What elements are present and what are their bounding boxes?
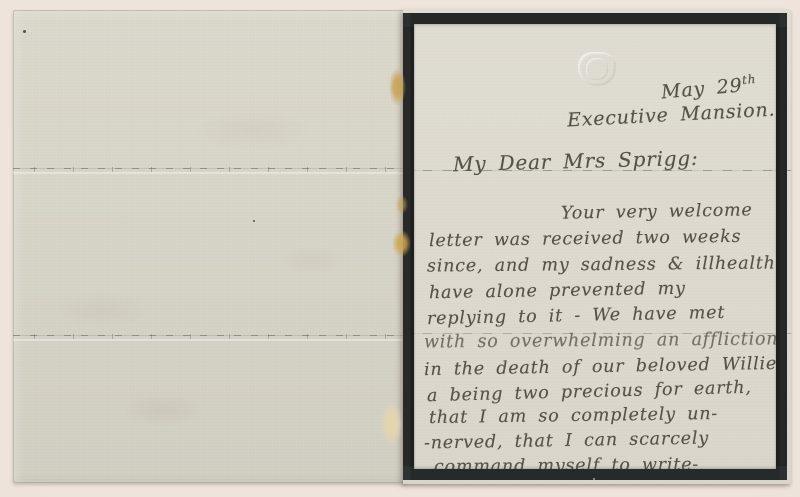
fold-line-upper [13,168,407,174]
speck [23,30,26,33]
left-page-blank [13,10,407,483]
speck [593,478,595,480]
letter-photograph: May 29th Executive Mansion. My Dear Mrs … [0,0,800,497]
letter-page: May 29th Executive Mansion. My Dear Mrs … [403,10,791,484]
speck [253,220,255,222]
fold-line-lower [13,335,407,341]
mourning-border [403,13,787,480]
